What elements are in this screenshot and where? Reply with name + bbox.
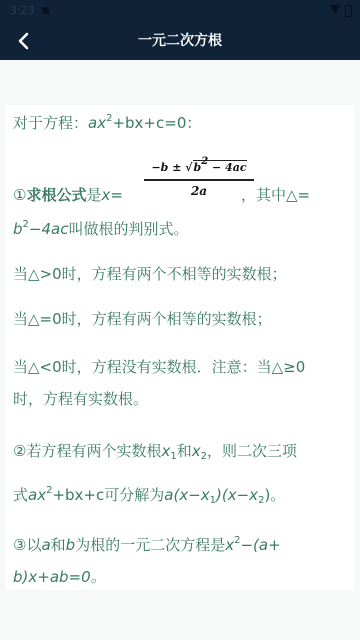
factor-x1: x xyxy=(161,442,170,460)
factor-close: )。 xyxy=(264,486,285,504)
battery-icon xyxy=(345,5,352,17)
roots-prefix: ③以 xyxy=(13,536,41,554)
status-time: 3:23 xyxy=(10,0,35,22)
formula-denominator: 2a xyxy=(144,184,254,198)
roots-line-2: b)x+ab=0。 xyxy=(13,566,106,587)
app-bar: 一元二次方根 xyxy=(0,22,360,60)
formula-x-eq: x= xyxy=(101,186,122,204)
formula-heading: 求根公式 xyxy=(26,186,86,204)
discriminant-line: b2−4ac叫做根的判别式。 xyxy=(13,218,188,239)
roots-and: 和 xyxy=(51,536,66,554)
factor-suffix: ，则二次三项 xyxy=(207,442,297,460)
quadratic-formula-fraction: −b ± √b2 − 4ac 2a xyxy=(144,158,254,198)
wifi-icon xyxy=(330,5,340,14)
factor-decompose: 可分解为 xyxy=(104,486,164,504)
fraction-bar xyxy=(144,179,254,181)
sqrt-content: b2 − 4ac xyxy=(193,160,247,174)
factor-expr-2: )(x−x xyxy=(216,486,258,504)
intro-line: 对于方程：ax2+bx+c=0： xyxy=(13,112,201,133)
factor-line2-prefix: 式 xyxy=(13,486,28,504)
disc-text: 叫做根的判别式。 xyxy=(68,220,188,238)
roots-b: b xyxy=(66,536,76,554)
roots-tail: −(a+ xyxy=(240,536,280,554)
case-negative-line-1: 当△<0时，方程没有实数根．注意：当△≥0 xyxy=(13,356,305,377)
sqrt-rest: − 4ac xyxy=(208,161,246,174)
roots-mid: 为根的一元二次方程是 xyxy=(75,536,225,554)
roots-a: a xyxy=(41,536,50,554)
factor-ax: ax xyxy=(28,486,46,504)
factor-and: 和 xyxy=(177,442,192,460)
formula-after: 是 xyxy=(86,186,101,204)
eq-ax: ax xyxy=(88,114,106,132)
formula-line: ①求根公式是x= xyxy=(13,184,123,205)
numerator-minus-b: −b ± xyxy=(151,161,185,174)
factor-x2: x xyxy=(192,442,201,460)
disc-rest: −4ac xyxy=(29,220,69,238)
formula-numerator: −b ± √b2 − 4ac xyxy=(144,158,254,178)
factor-prefix: ②若方程有两个实数根 xyxy=(13,442,161,460)
status-bar: 3:23 xyxy=(0,0,360,22)
formula-tail: ，其中△= xyxy=(241,184,310,205)
roots-line-1: ③以a和b为根的一元二次方程是x2−(a+ xyxy=(13,534,281,555)
disc-b: b xyxy=(13,220,23,238)
case-positive: 当△>0时，方程有两个不相等的实数根； xyxy=(13,263,287,284)
roots-x: x xyxy=(225,536,234,554)
notification-icon xyxy=(42,7,49,14)
factor-expr-1: a(x−x xyxy=(164,486,209,504)
factor-line-2: 式ax2+bx+c可分解为a(x−x1)(x−x2)。 xyxy=(13,484,285,505)
eq-rest: +bx+c=0： xyxy=(112,114,201,132)
case-negative-line-2: 时，方程有实数根。 xyxy=(13,388,148,409)
page-title: 一元二次方根 xyxy=(0,22,360,60)
factor-line-1: ②若方程有两个实数根x1和x2，则二次三项 xyxy=(13,440,297,461)
intro-prefix: 对于方程： xyxy=(13,114,88,132)
factor-mid: +bx+c xyxy=(52,486,104,504)
case-zero: 当△=0时，方程有两个相等的实数根； xyxy=(13,308,272,329)
marker-1: ① xyxy=(13,186,26,204)
